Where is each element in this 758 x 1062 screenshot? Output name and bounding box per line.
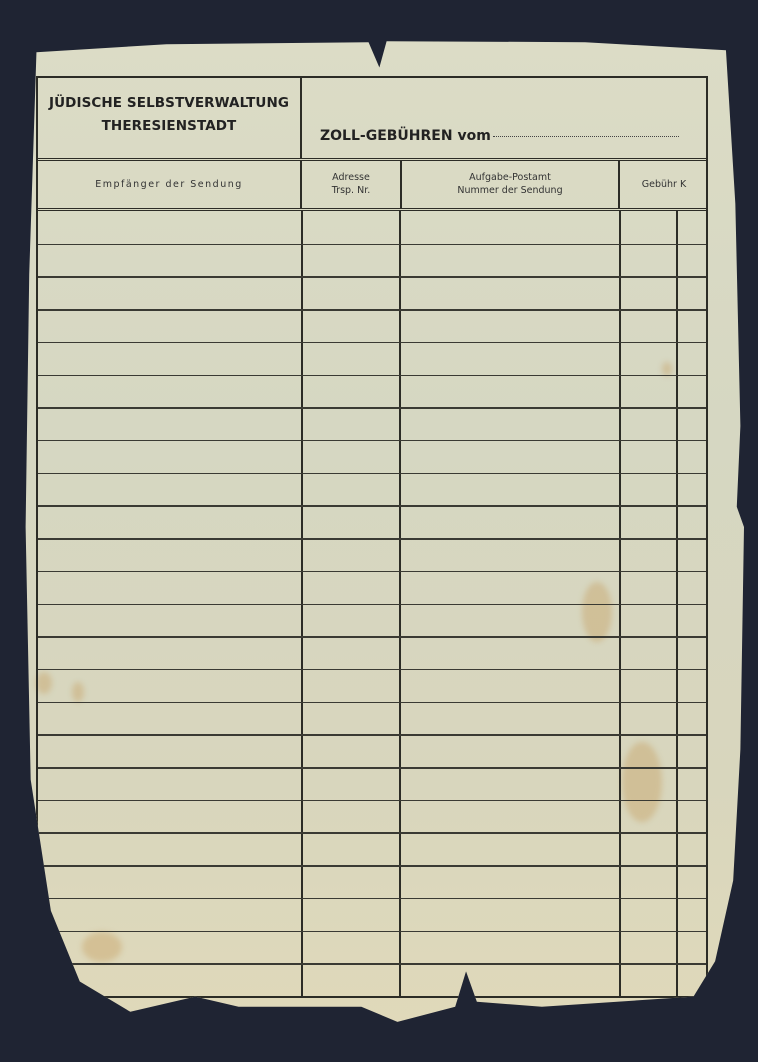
- column-header-label: Empfänger der Sendung: [95, 178, 243, 191]
- form-title: ZOLL-GEBÜHREN vom: [320, 128, 679, 144]
- table-row-line: [38, 604, 706, 606]
- column-headers: Empfänger der Sendung Adresse Trsp. Nr. …: [38, 160, 706, 211]
- organization-line-2: THERESIENSTADT: [38, 115, 300, 138]
- table-row-line: [38, 571, 706, 573]
- table-row-line: [38, 767, 706, 769]
- column-header-label: Gebühr K: [642, 178, 686, 191]
- organization-line-1: JÜDISCHE SELBSTVERWALTUNG: [38, 92, 300, 115]
- table-row-line: [38, 407, 706, 409]
- table-row-line: [38, 244, 706, 246]
- table-row-line: [38, 702, 706, 704]
- table-row-line: [38, 342, 706, 344]
- date-field[interactable]: [493, 136, 679, 137]
- table-row-line: [38, 636, 706, 638]
- column-header-label: Aufgabe-Postamt: [457, 171, 562, 184]
- table-row-line: [38, 309, 706, 311]
- column-header-address: Adresse Trsp. Nr.: [302, 160, 402, 208]
- table-row-line: [38, 898, 706, 900]
- column-header-post-office: Aufgabe-Postamt Nummer der Sendung: [402, 160, 620, 208]
- print-code: 250 ·7. IV. 44 - 250 Bl. – 1156 -: [60, 1011, 223, 1028]
- table-row-line: [38, 865, 706, 867]
- table-row-line: [38, 505, 706, 507]
- table-row-line: [38, 276, 706, 278]
- form-header: JÜDISCHE SELBSTVERWALTUNG THERESIENSTADT…: [38, 78, 706, 161]
- table-row-line: [38, 669, 706, 671]
- table-row-line: [38, 963, 706, 965]
- organization-name: JÜDISCHE SELBSTVERWALTUNG THERESIENSTADT: [38, 78, 302, 158]
- table-body: [38, 211, 706, 996]
- table-row-line: [38, 800, 706, 802]
- form-title-text: ZOLL-GEBÜHREN vom: [320, 128, 491, 144]
- table-row-line: [38, 440, 706, 442]
- column-header-recipient: Empfänger der Sendung: [38, 160, 302, 208]
- table-row-line: [38, 734, 706, 736]
- column-header-label: Adresse: [332, 171, 371, 184]
- table-row-line: [38, 931, 706, 933]
- column-header-label: Nummer der Sendung: [457, 184, 562, 197]
- column-header-label: Trsp. Nr.: [332, 184, 371, 197]
- table-row-line: [38, 538, 706, 540]
- column-header-fee: Gebühr K: [620, 160, 708, 208]
- document-paper: JÜDISCHE SELBSTVERWALTUNG THERESIENSTADT…: [22, 22, 744, 1032]
- table-row-line: [38, 473, 706, 475]
- customs-fee-form: JÜDISCHE SELBSTVERWALTUNG THERESIENSTADT…: [36, 76, 708, 998]
- table-row-line: [38, 832, 706, 834]
- table-row-line: [38, 375, 706, 377]
